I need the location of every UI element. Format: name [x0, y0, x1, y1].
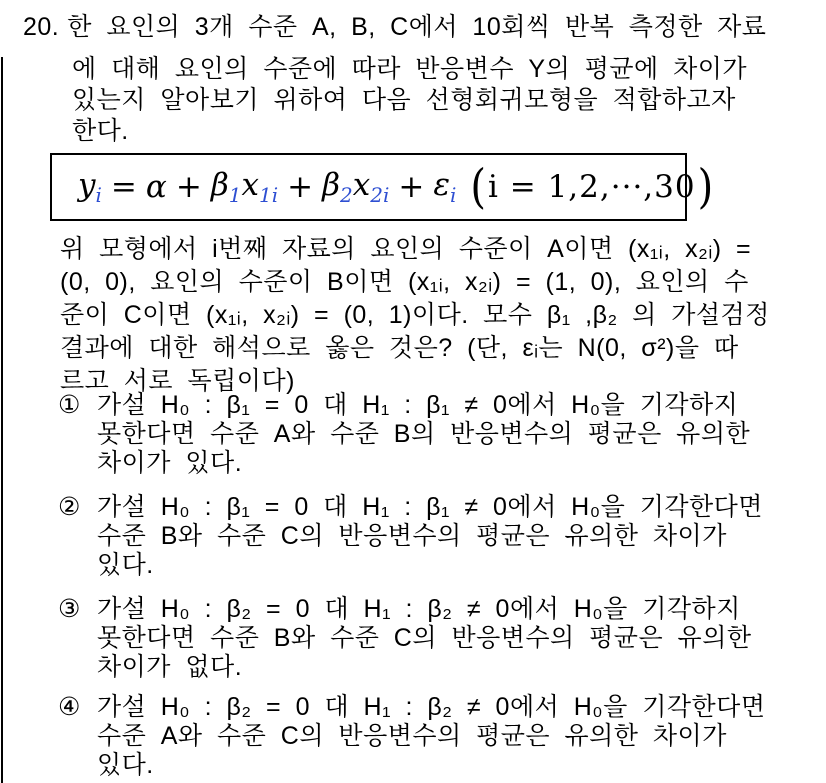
body-line: 결과에 대한 해석으로 옳은 것은? (단, εᵢ는 N(0, σ²)을 따 [60, 332, 770, 365]
formula-beta1-subscript: 1 [229, 183, 242, 207]
question-body-paragraph: 위 모형에서 i번째 자료의 요인의 수준이 A이면 (x₁ᵢ, x₂ᵢ) = … [60, 233, 770, 398]
question-intro-paragraph: 에 대해 요인의 수준에 따라 반응변수 Y의 평균에 차이가 있는지 알아보기… [72, 54, 747, 147]
option-line: 있다. [97, 751, 766, 780]
exam-question-page: 20.한 요인의 3개 수준 A, B, C에서 10회씩 반복 측정한 자료 … [0, 0, 826, 783]
formula-term-y: yi [78, 167, 102, 207]
formula-range-close-paren: ) [698, 160, 714, 214]
formula-x1-subscript: 1i [259, 183, 278, 207]
option-line: 있다. [97, 551, 763, 580]
option-line: 수준 B와 수준 C의 반응변수의 평균은 유의한 차이가 [97, 522, 763, 551]
body-line: 위 모형에서 i번째 자료의 요인의 수준이 A이면 (x₁ᵢ, x₂ᵢ) = [60, 233, 770, 266]
formula-beta2-base: β [322, 167, 340, 203]
formula-plus-sign: + [176, 169, 202, 205]
intro-line: 에 대해 요인의 수준에 따라 반응변수 Y의 평균에 차이가 [72, 54, 747, 85]
formula-range-open-paren: ( [470, 160, 486, 214]
option-1-text: 가설 H₀ : β₁ = 0 대 H₁ : β₁ ≠ 0에서 H₀을 기각하지 … [97, 391, 750, 478]
intro-line: 한다. [72, 116, 747, 147]
question-header-text: 한 요인의 3개 수준 A, B, C에서 10회씩 반복 측정한 자료 [67, 13, 766, 41]
formula-term-x2: x2i [353, 167, 390, 207]
formula-beta2-subscript: 2 [340, 183, 353, 207]
option-line: 차이가 있다. [97, 449, 750, 478]
formula-index-range: i = 1,2,···,30 [488, 169, 696, 205]
option-line: 가설 H₀ : β₁ = 0 대 H₁ : β₁ ≠ 0에서 H₀을 기각한다면 [97, 493, 763, 522]
option-line: 차이가 없다. [97, 653, 752, 682]
formula-x2-base: x [353, 167, 370, 203]
formula-term-beta2: β2 [322, 167, 353, 207]
formula-equals-sign: = [111, 169, 137, 205]
option-line: 가설 H₀ : β₂ = 0 대 H₁ : β₂ ≠ 0에서 H₀을 기각한다면 [97, 693, 766, 722]
intro-line: 있는지 알아보기 위하여 다음 선형회귀모형을 적합하고자 [72, 85, 747, 116]
option-line: 못한다면 수준 A와 수준 B의 반응변수의 평균은 유의한 [97, 420, 750, 449]
formula-term-epsilon: εi [433, 167, 456, 207]
option-line: 수준 A와 수준 C의 반응변수의 평균은 유의한 차이가 [97, 722, 766, 751]
formula-y-subscript: i [96, 183, 102, 207]
option-line: 가설 H₀ : β₂ = 0 대 H₁ : β₂ ≠ 0에서 H₀을 기각하지 [97, 595, 752, 624]
option-line: 못한다면 수준 B와 수준 C의 반응변수의 평균은 유의한 [97, 624, 752, 653]
option-2-text: 가설 H₀ : β₁ = 0 대 H₁ : β₁ ≠ 0에서 H₀을 기각한다면… [97, 493, 763, 580]
formula-plus-sign: + [398, 169, 424, 205]
formula-x2-subscript: 2i [370, 183, 389, 207]
formula-alpha: α [146, 169, 167, 205]
formula-x1-base: x [241, 167, 258, 203]
formula-beta1-base: β [211, 167, 229, 203]
left-border-line [1, 57, 3, 783]
question-number: 20. [23, 13, 59, 41]
formula-epsilon-base: ε [433, 167, 450, 203]
option-2-marker: ② [58, 493, 81, 522]
regression-model-formula-box: yi = α + β1 x1i + β2 x2i + εi ( i = 1,2,… [50, 153, 687, 221]
formula-plus-sign: + [287, 169, 313, 205]
option-line: 가설 H₀ : β₁ = 0 대 H₁ : β₁ ≠ 0에서 H₀을 기각하지 [97, 391, 750, 420]
formula-epsilon-subscript: i [450, 183, 456, 207]
option-4-marker: ④ [58, 693, 81, 722]
formula-term-x1: x1i [241, 167, 278, 207]
question-header: 20.한 요인의 3개 수준 A, B, C에서 10회씩 반복 측정한 자료 [23, 12, 766, 43]
body-line: 준이 C이면 (x₁ᵢ, x₂ᵢ) = (0, 1)이다. 모수 β₁ ,β₂ … [60, 299, 770, 332]
option-1-marker: ① [58, 391, 81, 420]
option-3-text: 가설 H₀ : β₂ = 0 대 H₁ : β₂ ≠ 0에서 H₀을 기각하지 … [97, 595, 752, 682]
option-3-marker: ③ [58, 595, 81, 624]
formula-y-base: y [78, 167, 96, 203]
formula-term-beta1: β1 [211, 167, 242, 207]
body-line: (0, 0), 요인의 수준이 B이면 (x₁ᵢ, x₂ᵢ) = (1, 0),… [60, 266, 770, 299]
option-4-text: 가설 H₀ : β₂ = 0 대 H₁ : β₂ ≠ 0에서 H₀을 기각한다면… [97, 693, 766, 780]
